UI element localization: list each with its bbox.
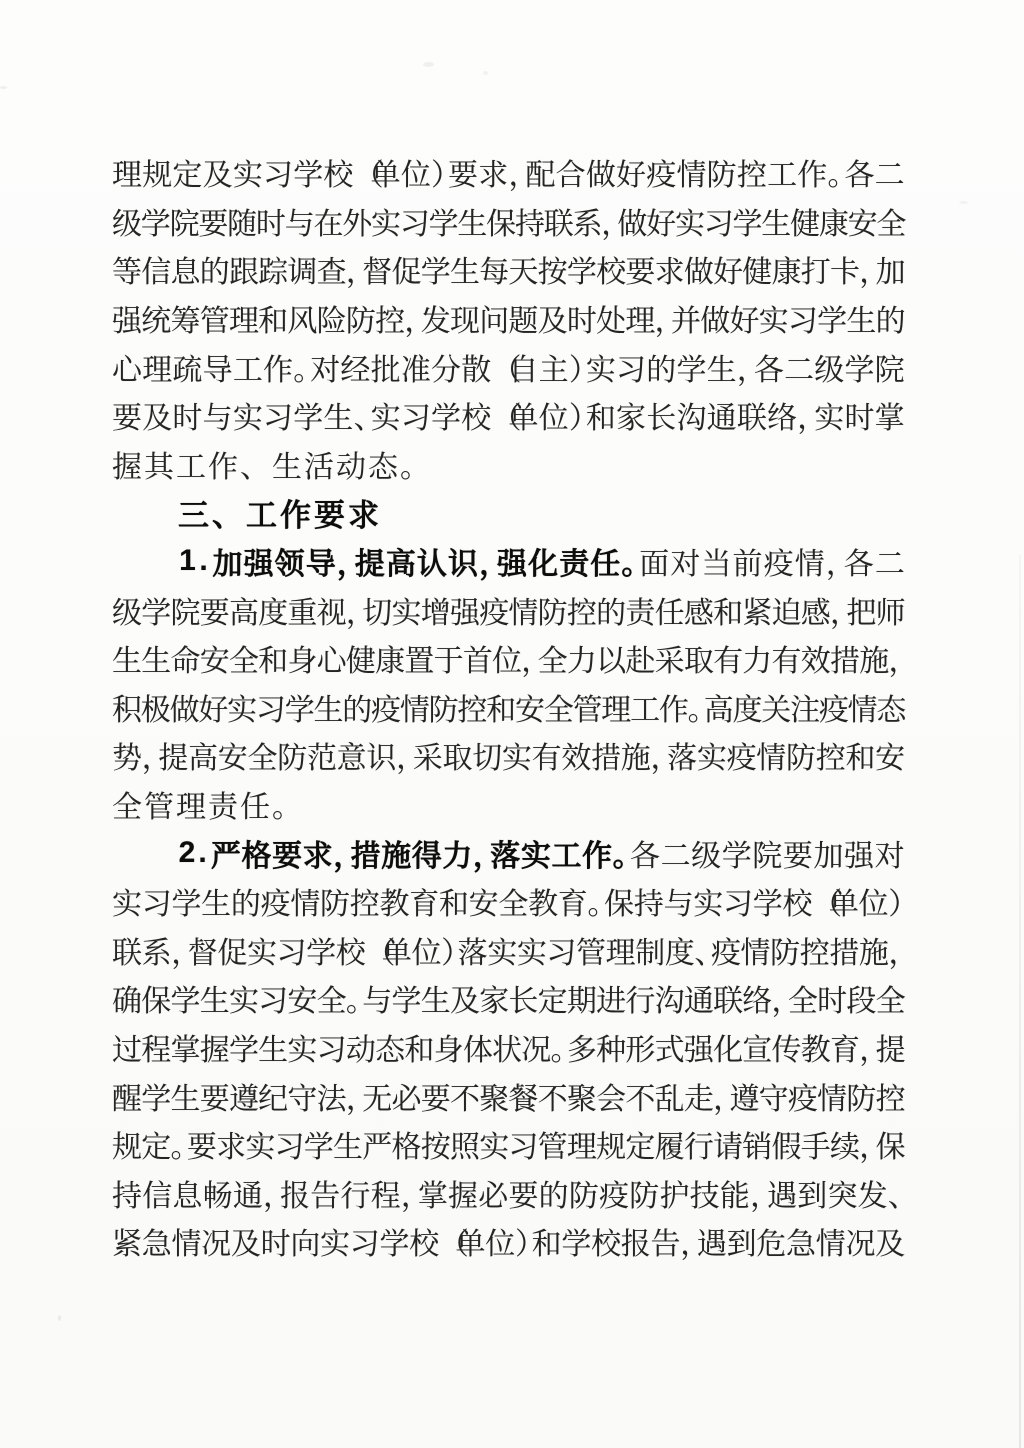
glyph: 态: [876, 685, 905, 729]
glyph: 和: [713, 588, 742, 632]
glyph: 实: [320, 1219, 350, 1263]
glyph: 实: [479, 1122, 508, 1166]
glyph: 作: [797, 150, 827, 194]
glyph: .: [196, 544, 212, 578]
text-segment: 三、工作要求: [178, 490, 382, 535]
glyph: 过: [112, 1025, 141, 1069]
glyph: 准: [401, 345, 431, 389]
glyph: 迫: [772, 588, 801, 632]
glyph: 。: [613, 831, 630, 875]
glyph: 领: [275, 539, 305, 583]
glyph: 行: [625, 976, 654, 1020]
glyph: 全: [538, 636, 567, 680]
glyph: 时: [817, 976, 846, 1020]
glyph: 二: [875, 539, 905, 583]
glyph: 教: [528, 879, 558, 923]
glyph: 不: [538, 1074, 567, 1118]
glyph: 生: [313, 685, 342, 729]
glyph: 遇: [767, 1171, 797, 1215]
text-line: 等信息的跟踪调查，督促学生每天按学校要求做好健康打卡，加: [112, 245, 905, 294]
glyph: 求: [216, 1122, 245, 1166]
glyph: 及: [231, 1219, 261, 1263]
glyph: 的: [231, 879, 261, 923]
glyph: 疫: [711, 928, 741, 972]
glyph: 习: [616, 345, 646, 389]
glyph: 习: [256, 685, 285, 729]
glyph: 通: [707, 393, 737, 437]
glyph: 生: [707, 345, 737, 389]
glyph: 和: [845, 733, 875, 777]
glyph: 情: [171, 1219, 201, 1263]
glyph: 以: [596, 636, 625, 680]
glyph: 要: [112, 393, 142, 437]
glyph: 习: [263, 150, 293, 194]
glyph: 管: [200, 296, 229, 340]
glyph: 安: [469, 879, 499, 923]
glyph: 生: [170, 1074, 199, 1118]
glyph: 定: [141, 1122, 170, 1166]
glyph: .: [195, 836, 211, 870]
glyph: 实: [586, 345, 616, 389]
glyph: 动: [346, 1025, 375, 1069]
scan-edge-shadow: [1019, 555, 1021, 1448]
glyph: 宣: [742, 1025, 771, 1069]
glyph: 天: [508, 247, 537, 291]
glyph: 学: [379, 1219, 409, 1263]
glyph: 报: [280, 1171, 310, 1215]
glyph: 和: [439, 879, 469, 923]
text-line: 积极做好实习学生的疫情防控和安全管理工作。高度关注疫情态: [112, 683, 905, 732]
glyph: 切: [362, 588, 391, 632]
glyph: 切: [472, 733, 502, 777]
glyph: 加: [212, 539, 242, 583]
glyph: 好: [729, 296, 758, 340]
glyph: 段: [846, 976, 875, 1020]
glyph: 责: [559, 539, 589, 583]
glyph: 掌: [418, 1171, 448, 1215]
glyph: 身: [434, 1025, 463, 1069]
glyph: 情: [290, 879, 320, 923]
glyph: 任: [590, 539, 620, 583]
glyph: 做: [617, 199, 646, 243]
glyph: 急: [142, 1219, 172, 1263]
glyph: 发: [858, 1171, 888, 1215]
glyph: 定: [625, 1122, 654, 1166]
glyph: 。: [551, 1025, 567, 1069]
glyph: 工: [233, 345, 263, 389]
glyph: 程: [371, 1171, 401, 1215]
glyph: 息: [170, 247, 199, 291]
glyph: 学: [561, 1219, 591, 1263]
glyph: 餐: [508, 1074, 537, 1118]
glyph: 命: [170, 636, 199, 680]
glyph: 生: [323, 393, 353, 437]
glyph: 实: [233, 150, 263, 194]
glyph: 心: [112, 345, 142, 389]
glyph: 程: [141, 1025, 170, 1069]
glyph: 疏: [172, 345, 202, 389]
glyph: ）: [888, 879, 905, 923]
glyph: 乱: [655, 1074, 684, 1118]
glyph: 工: [630, 685, 659, 729]
glyph: 按: [421, 1122, 450, 1166]
glyph: 理: [229, 296, 258, 340]
glyph: 疫: [819, 685, 848, 729]
glyph: 护: [659, 1171, 689, 1215]
glyph: 实: [521, 831, 551, 875]
glyph: 时: [844, 393, 874, 437]
glyph: 控: [800, 928, 830, 972]
text-line: 全管理责任。: [112, 780, 905, 829]
glyph: 的: [646, 345, 676, 389]
glyph: ，: [404, 296, 420, 340]
glyph: 。: [827, 150, 844, 194]
glyph: 习: [263, 393, 293, 437]
glyph: 规: [112, 1122, 141, 1166]
glyph: 生: [457, 199, 486, 243]
glyph: 的: [200, 247, 229, 291]
glyph: 身: [287, 636, 316, 680]
glyph: 手: [801, 1122, 830, 1166]
glyph: 习: [275, 1122, 304, 1166]
glyph: 时: [261, 1219, 291, 1263]
glyph: 前: [733, 539, 763, 583]
glyph: 理: [112, 150, 142, 194]
glyph: 感: [801, 588, 830, 632]
glyph: 提: [876, 1025, 905, 1069]
glyph: 疫: [599, 1171, 629, 1215]
glyph: 信: [141, 247, 170, 291]
glyph: 实: [247, 928, 277, 972]
glyph: ，: [479, 539, 496, 583]
glyph: 任: [655, 588, 684, 632]
glyph: 告: [310, 1171, 340, 1215]
glyph: 理: [567, 1122, 596, 1166]
glyph: 有: [532, 733, 562, 777]
glyph: 学: [733, 199, 762, 243]
glyph: 情: [848, 685, 877, 729]
glyph: 防: [846, 1074, 875, 1118]
glyph: 实: [814, 393, 844, 437]
glyph: ，: [888, 636, 904, 680]
glyph: 全: [876, 199, 905, 243]
glyph: 的: [876, 296, 905, 340]
glyph: 控: [737, 150, 767, 194]
glyph: 习: [258, 976, 287, 1020]
glyph: （: [439, 1219, 456, 1263]
glyph: 各: [630, 831, 660, 875]
glyph: 的: [342, 685, 371, 729]
glyph: 师: [876, 588, 905, 632]
document-body: 理规定及实习学校（单位）要求，配合做好疫情防控工作。各二级学院要随时与在外实习学…: [112, 148, 905, 1266]
glyph: 联: [713, 976, 742, 1020]
glyph: 学: [421, 247, 450, 291]
glyph: 沟: [655, 976, 684, 1020]
glyph: 危: [756, 1219, 786, 1263]
glyph: 院: [170, 588, 199, 632]
glyph: 范: [307, 733, 337, 777]
glyph: 情: [816, 1219, 846, 1263]
glyph: 校: [461, 393, 491, 437]
glyph: 习: [142, 879, 172, 923]
glyph: 习: [317, 1025, 346, 1069]
glyph: 全: [544, 685, 573, 729]
glyph: 习: [277, 928, 307, 972]
glyph: 于: [434, 636, 463, 680]
glyph: 校: [782, 879, 812, 923]
glyph: 势: [112, 733, 142, 777]
glyph: 控: [457, 685, 486, 729]
glyph: 认: [417, 539, 447, 583]
glyph: 与: [362, 976, 391, 1020]
glyph: 度: [665, 928, 695, 972]
glyph: 作: [659, 685, 688, 729]
glyph: 防: [277, 733, 307, 777]
glyph: 时: [256, 199, 285, 243]
glyph: 单: [508, 393, 538, 437]
glyph: 防: [429, 685, 458, 729]
text-line: 握其工作、生活动态。: [112, 440, 905, 489]
glyph: 要: [200, 1074, 229, 1118]
glyph: ）: [515, 1219, 532, 1263]
glyph: 通: [233, 1171, 263, 1215]
glyph: 心: [317, 636, 346, 680]
glyph: 位: [492, 636, 521, 680]
glyph: 疫: [788, 1074, 817, 1118]
glyph: 校: [336, 928, 366, 972]
glyph: 防: [707, 150, 737, 194]
glyph: 状: [492, 1025, 521, 1069]
glyph: ，: [830, 588, 846, 632]
glyph: 持: [634, 879, 664, 923]
glyph: 康: [375, 636, 404, 680]
glyph: 习: [723, 879, 753, 923]
glyph: 的: [596, 588, 625, 632]
glyph: 报: [621, 1219, 651, 1263]
glyph: 生: [141, 636, 170, 680]
text-line: 理规定及实习学校（单位）要求，配合做好疫情防控工作。各二: [112, 148, 905, 197]
glyph: 重: [287, 588, 316, 632]
glyph: 学: [304, 1122, 333, 1166]
glyph: 措: [591, 733, 621, 777]
glyph: 健: [790, 199, 819, 243]
glyph: （: [491, 345, 508, 389]
scan-speck: [423, 62, 434, 67]
glyph: ，: [680, 1219, 697, 1263]
glyph: 提: [355, 539, 385, 583]
glyph: 卡: [830, 247, 859, 291]
glyph: 和: [586, 393, 616, 437]
glyph: 教: [801, 1025, 830, 1069]
glyph: 校: [323, 150, 353, 194]
glyph: 遵: [229, 1074, 258, 1118]
glyph: 防: [770, 928, 800, 972]
glyph: 生: [333, 1122, 362, 1166]
glyph: 当: [701, 539, 731, 583]
glyph: 康: [772, 247, 801, 291]
glyph: 题: [508, 296, 537, 340]
glyph: 况: [201, 1219, 231, 1263]
glyph: 置: [404, 636, 433, 680]
glyph: 经: [340, 345, 370, 389]
glyph: 强: [112, 296, 141, 340]
glyph: 面: [639, 539, 669, 583]
glyph: 保: [876, 1122, 905, 1166]
glyph: 实: [487, 928, 517, 972]
glyph: 纪: [258, 1074, 287, 1118]
glyph: 控: [350, 879, 380, 923]
scan-speck: [959, 201, 968, 204]
glyph: 习: [350, 1219, 380, 1263]
glyph: 促: [217, 928, 247, 972]
glyph: 配: [525, 150, 555, 194]
glyph: 全: [498, 879, 528, 923]
glyph: ，: [601, 199, 617, 243]
glyph: 要: [187, 1122, 216, 1166]
glyph: 级: [691, 831, 721, 875]
glyph: 家: [616, 393, 646, 437]
glyph: 保: [486, 199, 515, 243]
glyph: 赴: [625, 636, 654, 680]
section-heading: 三、工作要求: [112, 488, 905, 537]
glyph: 措: [829, 928, 859, 972]
glyph: 管: [573, 685, 602, 729]
glyph: 生: [761, 199, 790, 243]
glyph: ，: [346, 588, 362, 632]
glyph: 疫: [764, 539, 794, 583]
glyph: 联: [544, 199, 573, 243]
glyph: 采: [413, 733, 443, 777]
glyph: 对: [875, 831, 905, 875]
glyph: ，: [263, 1171, 280, 1215]
glyph: 情: [756, 733, 786, 777]
glyph: 握: [448, 1171, 478, 1215]
glyph: 种: [596, 1025, 625, 1069]
glyph: 长: [508, 976, 537, 1020]
glyph: 突: [827, 1171, 857, 1215]
glyph: 学: [170, 976, 199, 1020]
glyph: 自: [508, 345, 538, 389]
glyph: 情: [795, 539, 825, 583]
glyph: 位: [401, 150, 431, 194]
glyph: 健: [742, 247, 771, 291]
glyph: 各: [754, 345, 784, 389]
glyph: 作: [263, 345, 293, 389]
glyph: 态: [375, 1025, 404, 1069]
glyph: 要: [272, 831, 302, 875]
glyph: 学: [722, 831, 752, 875]
glyph: 二: [661, 831, 691, 875]
glyph: 时: [172, 393, 202, 437]
glyph: ）: [441, 928, 458, 972]
glyph: 识: [366, 733, 396, 777]
glyph: 实: [759, 296, 788, 340]
glyph: 时: [567, 296, 596, 340]
glyph: 及: [450, 976, 479, 1020]
glyph: 理: [601, 685, 630, 729]
glyph: 位: [859, 879, 889, 923]
glyph: 理: [606, 928, 636, 972]
glyph: 意: [337, 733, 367, 777]
glyph: 续: [830, 1122, 859, 1166]
glyph: 措: [830, 636, 859, 680]
glyph: 习: [788, 296, 817, 340]
glyph: ，: [346, 247, 362, 291]
glyph: 。: [346, 976, 362, 1020]
glyph: ，: [401, 1171, 418, 1215]
glyph: ，: [713, 1074, 729, 1118]
glyph: 和: [258, 636, 287, 680]
scan-speck: [0, 86, 7, 89]
glyph: 习: [704, 199, 733, 243]
glyph: 畅: [203, 1171, 233, 1215]
glyph: 效: [561, 733, 591, 777]
glyph: ，: [651, 733, 668, 777]
glyph: 要: [448, 150, 478, 194]
glyph: ，: [337, 539, 354, 583]
glyph: 校: [596, 247, 625, 291]
glyph: 全: [317, 976, 346, 1020]
glyph: 习: [508, 1122, 537, 1166]
glyph: 必: [391, 1074, 420, 1118]
glyph: 化: [713, 1025, 742, 1069]
text-segment: 握其工作、生活动态。: [112, 442, 432, 486]
glyph: 疫: [479, 588, 508, 632]
glyph: 做: [586, 150, 616, 194]
glyph: 行: [340, 1171, 370, 1215]
glyph: 遵: [729, 1074, 758, 1118]
glyph: 与: [285, 199, 314, 243]
glyph: 行: [684, 1122, 713, 1166]
glyph: 要: [421, 1074, 450, 1118]
glyph: 防: [538, 588, 567, 632]
glyph: 实: [697, 733, 727, 777]
glyph: 校: [409, 1219, 439, 1263]
glyph: ，: [737, 345, 754, 389]
glyph: 全: [248, 733, 278, 777]
text-line: 1.加强领导，提高认识，强化责任。面对当前疫情，各二: [112, 537, 905, 586]
glyph: 情: [817, 1074, 846, 1118]
glyph: 和: [404, 1025, 433, 1069]
glyph: 现: [450, 296, 479, 340]
glyph: 得: [412, 831, 442, 875]
glyph: 2: [179, 836, 195, 870]
glyph: 强: [844, 831, 874, 875]
glyph: 位: [411, 928, 441, 972]
glyph: 学: [567, 247, 596, 291]
glyph: 感: [684, 588, 713, 632]
glyph: 院: [170, 199, 199, 243]
glyph: 学: [229, 1025, 258, 1069]
glyph: 式: [655, 1025, 684, 1069]
glyph: 安: [287, 976, 316, 1020]
glyph: 到: [797, 1171, 827, 1215]
glyph: 位: [539, 393, 569, 437]
glyph: 控: [567, 588, 596, 632]
glyph: 促: [391, 247, 420, 291]
glyph: 二: [784, 345, 814, 389]
glyph: 学: [676, 345, 706, 389]
glyph: 强: [497, 539, 527, 583]
glyph: ，: [142, 733, 159, 777]
glyph: 调: [287, 247, 316, 291]
glyph: 高: [229, 588, 258, 632]
glyph: 关: [761, 685, 790, 729]
glyph: 批: [371, 345, 401, 389]
glyph: 全: [876, 976, 905, 1020]
glyph: 规: [142, 150, 172, 194]
glyph: 并: [671, 296, 700, 340]
